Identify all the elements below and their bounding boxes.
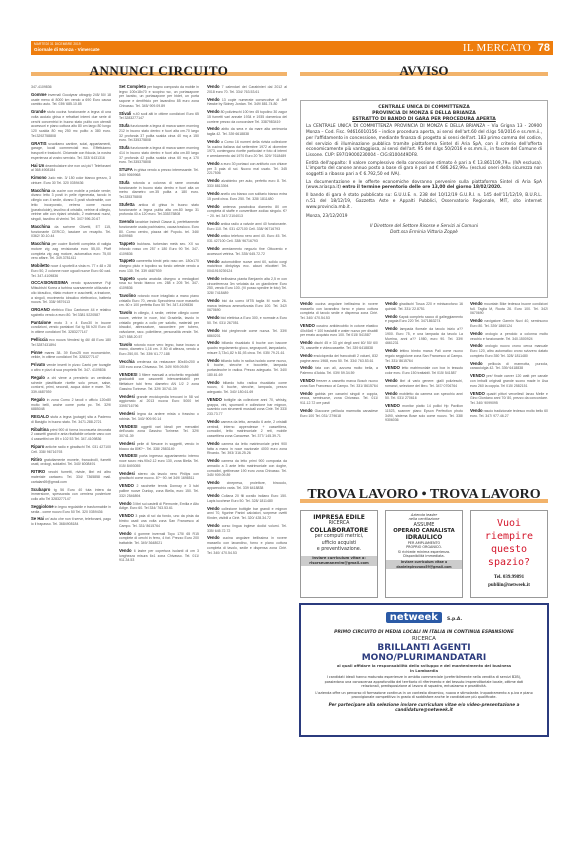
classified-ad: Vendo 7 calendari dei Carabinieri dal 20… bbox=[207, 85, 287, 94]
ad-keyword: Vendo bbox=[385, 348, 398, 353]
annunci-column-3: Vendo 7 calendari dei Carabinieri dal 20… bbox=[207, 85, 287, 558]
ad-keyword: VENDO bbox=[300, 378, 315, 383]
classified-ad: Stivali n.40 sodi alti in ottime condizi… bbox=[119, 112, 199, 121]
classified-ad: Vendo cucina angolare bellissima in rove… bbox=[300, 302, 378, 321]
classified-ad: 347-4109836 bbox=[31, 85, 111, 90]
classified-ad: Vendo collezione bottiglie bar grandi e … bbox=[207, 507, 287, 521]
ad-keyword: Ribaltina bbox=[31, 427, 49, 432]
classified-ad: Vendo gabbia per canarini singoli e copp… bbox=[300, 392, 378, 406]
ad-keyword: Gomme bbox=[31, 92, 47, 97]
ad-keyword: Vendesi bbox=[119, 411, 135, 416]
classified-ad: OCCASIONISSIMA vendo spazzaneve Fuji Mit… bbox=[31, 281, 111, 305]
ad-text: funzionante a legna di marca warm mornin… bbox=[119, 124, 199, 142]
ad-keyword: Vendo bbox=[119, 531, 132, 536]
ad-keyword: Riparo bbox=[31, 444, 44, 449]
ad-keyword: VENDESI bbox=[119, 372, 137, 377]
classified-ad: Vendesi legna da ardere mista o frassino… bbox=[119, 412, 199, 421]
newspaper-name: Giornale di Monza - Vimercate bbox=[34, 47, 100, 52]
ad-keyword: VENDO bbox=[119, 513, 134, 518]
classified-ad: Vendesi grande enciclopedia treccani in … bbox=[119, 395, 199, 409]
ad-keyword: VENDESI bbox=[119, 453, 137, 458]
ad-keyword: Vendo bbox=[207, 358, 220, 363]
ad-keyword: Privato bbox=[31, 362, 45, 367]
classified-ad: Vendo antenna parabolica diametro 80 cm … bbox=[207, 205, 287, 219]
ad-keyword: Pantalone bbox=[31, 320, 51, 325]
ad-edile-contact: Inviare curriculum vitae a:risorseumanev… bbox=[301, 556, 377, 566]
page-number: 78 bbox=[538, 42, 550, 54]
ad-text: gratuitamente monete, francobolli, fumet… bbox=[31, 458, 111, 467]
ad-keyword: Vendo bbox=[119, 501, 132, 506]
ad-keyword: Vendo bbox=[207, 458, 220, 463]
ad-email: publiin@netweek.it bbox=[471, 582, 547, 589]
classified-ad: GRATIS svuotiamo cantine, solai, apparta… bbox=[31, 142, 111, 161]
ad-keyword: Vendo bbox=[207, 84, 220, 89]
annunci-column-1: 347-4109836Gomme invernali Goodyear ultr… bbox=[31, 85, 111, 530]
public-notice-box: CENTRALE UNICA DI COMMITTENZA PROVINCIA … bbox=[300, 100, 548, 298]
ad-keyword: Vendo bbox=[207, 139, 220, 144]
ad-keyword: Regalo bbox=[31, 397, 45, 402]
ad-keyword: RITIRO bbox=[31, 469, 45, 474]
annunci-column-2: Set Completo per bagno composto da mobil… bbox=[119, 85, 199, 566]
classified-ad: VENDESI oggetti vari ideali per mercatin… bbox=[119, 425, 199, 439]
classified-ad: Vendo bici elettrica a Euro 300, e norma… bbox=[207, 316, 287, 325]
netweek-logo: netweek bbox=[386, 612, 442, 623]
classified-ad: Tavolino rotondo noce intagliato a mano … bbox=[119, 294, 199, 308]
classified-ad: Grande stufa cucina funzionante a legna … bbox=[31, 110, 111, 138]
classified-ad: Vendo mobiletto da camera con specchio a… bbox=[385, 392, 463, 401]
ad-keyword: Vecchia bbox=[119, 359, 135, 364]
classified-ad: Vendo Collana 20 fili corallo indiano Eu… bbox=[207, 494, 287, 503]
classified-ad: VENDESI porta ingresso appartamento inte… bbox=[119, 454, 199, 468]
classified-ad: Vendo Kayak completo sacco di galleggiam… bbox=[385, 315, 463, 324]
classified-ad: VENDO 3 paia di sci da fondo, uno da pis… bbox=[119, 514, 199, 528]
ad-text: stufa cucina funzionante a legna di una … bbox=[31, 110, 111, 138]
classified-ad: STUFA in ghisa vendo a prezzo interessan… bbox=[119, 168, 199, 177]
classified-ad: Macchina da scrivere Olivetti, ET 115, f… bbox=[31, 225, 111, 239]
page-header: MARTEDÌ 31 DICEMBRE 2019 Giornale di Mon… bbox=[31, 41, 553, 55]
classified-ad: Vendo orologio a pendolo a colonna molto… bbox=[470, 332, 548, 341]
classified-ad: Vendo bici pieghevole come nuova. Tel. 3… bbox=[207, 329, 287, 338]
classified-ad: Vendo Giaccone pelliccia marmotta canade… bbox=[300, 409, 378, 418]
notice-place-date: Monza, 23/12/2019 bbox=[306, 214, 542, 220]
ad-keyword: Vendo bbox=[207, 246, 220, 251]
classified-ad: Mobiletto noce 4 sportelli a vista m. 77… bbox=[31, 264, 111, 278]
classified-ad: RITIRO vecchi fumetti, riviste, libri ed… bbox=[31, 470, 111, 484]
classified-ad: ORGANO elettrico Elco Cantorum 44 e rela… bbox=[31, 308, 111, 317]
classified-ad: Stufa funzionante a legna di marca warm … bbox=[119, 146, 199, 165]
ad-keyword: VENDO bbox=[470, 373, 485, 378]
ad-keyword: Vendo bbox=[385, 326, 398, 331]
section-brand: IL MERCATO bbox=[463, 42, 531, 54]
ad-keyword: Vendo bbox=[207, 523, 220, 528]
classified-ad: Vendo lettino bimbo marca Pali come nuov… bbox=[385, 349, 463, 363]
classified-ad: Vendo biliardo tutto radica riscaldato c… bbox=[207, 381, 287, 395]
netweek-headline-2: MONO/PLURIMANDATARI bbox=[301, 653, 547, 663]
ad-text: in ciliegio, 4 sedie, vetrine ciliegio c… bbox=[119, 311, 199, 339]
classified-ad: Regalo in zona Como 2 tavoli x ufficio 1… bbox=[31, 398, 111, 412]
ad-keyword: Stufa bbox=[119, 180, 129, 185]
ad-keyword: Vendo bbox=[207, 276, 220, 281]
classified-ad: VENDO cuscino antidecubito in cotone ela… bbox=[300, 324, 378, 338]
classified-ad: Vendo rasoio tradizionale tedesco molto … bbox=[470, 409, 548, 418]
ad-keyword: Ritiro bbox=[31, 457, 42, 462]
classified-ad: Vendo camera da letto primi 900 composta… bbox=[207, 459, 287, 478]
ad-keyword: Vendesi bbox=[119, 471, 135, 476]
classified-ad: Vendo lampada floreale da tavolo inizio … bbox=[385, 327, 463, 346]
classified-ad: Vendo bici da uomo MTB taglia M ruote 26… bbox=[207, 299, 287, 313]
issue-date: MARTEDÌ 31 DICEMBRE 2019 bbox=[34, 42, 81, 46]
ad-keyword: Vendo bbox=[207, 259, 220, 264]
ad-impresa-edile: IMPRESA EDILE RICERCA COLLABORATORE per … bbox=[300, 510, 378, 598]
classified-ad: Regalo a chi viene a prenderlo un centin… bbox=[31, 376, 111, 395]
ad-keyword: Vendesi bbox=[119, 394, 135, 399]
ad-keyword: Vendo bbox=[207, 97, 220, 102]
classified-ad: Vendo 3 libri sui castelli di Piemonte, … bbox=[119, 502, 199, 511]
classified-ad: Macchina da cucire con mobile a pedale v… bbox=[31, 189, 111, 222]
ad-keyword: VENDO bbox=[385, 365, 400, 370]
ad-keyword: Vendo bbox=[207, 233, 220, 238]
ad-keyword: VENDO bbox=[385, 403, 400, 408]
ad-keyword: Vendo bbox=[470, 318, 483, 323]
ad-keyword: Vendo bbox=[207, 493, 220, 498]
ad-keyword: Vendo bbox=[207, 480, 220, 485]
classified-ad: Vecchia credenza da restaurare 80x40x200… bbox=[119, 360, 199, 369]
right-annunci-column-3: Vendo mountain Bike tedesca buone condiz… bbox=[470, 302, 548, 422]
classified-ad: Tavolo in ciliegio, 4 sedie, vetrine cil… bbox=[119, 311, 199, 339]
notice-heading-3: ESTRATTO DI BANDO DI GARA PER PROCEDURA … bbox=[306, 117, 542, 123]
ad-keyword: GRATIS bbox=[31, 141, 47, 146]
ad-operaio-canalista: Azienda leader nella ventilazione ASSUME… bbox=[385, 510, 463, 598]
classified-ad: Seggiolone in legno regolabile e trasfor… bbox=[31, 505, 111, 514]
ad-keyword: Macchina bbox=[31, 241, 50, 246]
ad-text: da cucire con mobile a pedale verde; div… bbox=[31, 189, 111, 221]
ad-keyword: Hai Un bbox=[31, 163, 44, 168]
classified-ad: Kimono Judo min. 3/ 150 color bianco gre… bbox=[31, 176, 111, 185]
notice-paragraph-1: La CENTRALE UNICA DI COMMITTENZA PROVINC… bbox=[306, 124, 542, 158]
classified-ad: Vendo 6 lastre per copertura isolanti di… bbox=[119, 549, 199, 563]
ad-keyword: Stufa bbox=[119, 145, 129, 150]
classified-ad: Stufetta antica di ghisa in buono stato … bbox=[119, 203, 199, 217]
trova-lavoro-title: TROVA LAVORO • TROVA LAVORO bbox=[300, 487, 548, 503]
ad-keyword: Vendo bbox=[300, 365, 313, 370]
classified-ad: Vendo corso lingua inglese dodici volumi… bbox=[207, 524, 287, 533]
ad-text: mares 38- 39 Euro25 non economiche, veli… bbox=[31, 351, 111, 360]
ad-keyword: Vendo bbox=[207, 380, 220, 385]
ad-keyword: Stufetta bbox=[119, 202, 135, 207]
ad-keyword: VENDO bbox=[470, 391, 485, 396]
ad-keyword: Vendo bbox=[119, 548, 132, 553]
ad-keyword: Vendo bbox=[207, 506, 220, 511]
ad-text: n.40 sodi alti in ottime condizioni Euro… bbox=[119, 112, 199, 121]
ad-keyword: Regalo bbox=[31, 375, 45, 380]
classified-ad: Pantalone moto 3 x 4 Euro30 in buone con… bbox=[31, 321, 111, 335]
ad-keyword: Stufa bbox=[119, 123, 129, 128]
ad-keyword: STUFA bbox=[119, 167, 133, 172]
classified-ad: Stufa rotonda a colonna di rame cromata … bbox=[119, 181, 199, 200]
right-annunci-column-2: Vendo giradischi Tosca 220 e minisaxofon… bbox=[385, 302, 463, 426]
ad-keyword: VENDO bbox=[207, 397, 222, 402]
right-annunci-column-1: Vendo cucina angolare bellissima in rove… bbox=[300, 302, 378, 422]
classified-ad: Vendo navigatore Garmin Nuvi 40, seminuo… bbox=[470, 319, 548, 328]
ad-text: 347-4109836 bbox=[31, 85, 52, 89]
classified-ad: Vendo libri di vario genere: gialli poli… bbox=[385, 379, 463, 388]
ad-keyword: Macchina bbox=[31, 188, 50, 193]
ad-keyword: Vendo bbox=[300, 391, 313, 396]
notice-paragraph-3: La documentazione e le offerte economich… bbox=[306, 180, 542, 191]
classified-ad: Vendo bellissima pianta Benjamin alta 2,… bbox=[207, 277, 287, 296]
ad-keyword: Vendo bbox=[300, 408, 313, 413]
ad-keyword: Vendo bbox=[470, 361, 483, 366]
ad-keyword: Vendo bbox=[207, 204, 220, 209]
classified-ad: Vendo anello oro bianco con solitario bi… bbox=[207, 192, 287, 201]
ad-keyword: Vendo bbox=[300, 340, 313, 345]
classified-ad: VENDO letto matrimoniale con box in tess… bbox=[385, 366, 463, 375]
classified-ad: Se Hai un' auto che non ti serve, telefo… bbox=[31, 517, 111, 526]
ad-keyword: Seggiolone bbox=[31, 504, 54, 509]
ad-keyword: ORGANO bbox=[31, 307, 50, 312]
ad-keyword: REGALO bbox=[31, 414, 49, 419]
netweek-recruitment-ad: netweek S.p.A. PRIMO CIRCUITO DI MEDIA L… bbox=[299, 603, 549, 737]
classified-ad: Stufa funzionante a legna di marca warm … bbox=[119, 124, 199, 143]
classified-ad: Vendo alzabimbo per auto, perfetto euro … bbox=[207, 179, 287, 188]
ad-text: rotonda a colonna di rame cromata funzio… bbox=[119, 181, 199, 199]
classified-ad: Ritiro gratuitamente monete, francobolli… bbox=[31, 458, 111, 467]
classified-ad: VENDO bottiglie da collezione anni 70, w… bbox=[207, 398, 287, 417]
classified-ad: Vendo pelliccia di marmotta, purzola, ca… bbox=[470, 362, 548, 371]
ad-keyword: Kimono bbox=[31, 175, 47, 180]
ad-phone: Tel. 039.99891 bbox=[471, 574, 547, 582]
classified-ad: Vendo cucina angolare bellissima in rove… bbox=[207, 536, 287, 555]
classified-ad: Vendo fata con ali, azzurra molto bella,… bbox=[300, 366, 378, 375]
classified-ad: VENDO 2 racchette tennis Donnay e 3 tubi… bbox=[119, 484, 199, 498]
classified-ad: Vendo enciclopedia dei francobolli 2 vol… bbox=[300, 354, 378, 363]
classified-ad: Vendo orologio nuovo crono cerca manuale… bbox=[470, 344, 548, 358]
ad-keyword: Tappeto bbox=[119, 258, 135, 263]
classified-ad: REGALO stufa a legna (putagè) sita a Pad… bbox=[31, 415, 111, 424]
notice-paragraph-2: Entità dell'appalto: Il valore complessi… bbox=[306, 161, 542, 178]
ad-keyword: Stivali bbox=[119, 111, 131, 116]
ad-keyword: Svendo bbox=[119, 219, 134, 224]
classified-ad: Vendesi stereo da tavolo nero Philips co… bbox=[119, 472, 199, 481]
ad-keyword: Tavolo bbox=[119, 342, 132, 347]
notice-signatory-name: Dott.ssa Erminia Vittoria Zoppè bbox=[306, 230, 542, 236]
classified-ad: Vendo 4 gomme invernali Toyo 175/ 65 R15… bbox=[119, 532, 199, 546]
classified-ad: Tavolo rotondo noce vero legno, base inc… bbox=[119, 343, 199, 357]
avviso-title: AVVISO bbox=[300, 63, 548, 79]
classified-ad: Riparo antiche radio e giradischi Tel. 0… bbox=[31, 445, 111, 454]
ad-keyword: Vendesi bbox=[119, 441, 135, 446]
classified-ad: Pelliccia eco nuova Vendesi tg 46/ 48 Eu… bbox=[31, 338, 111, 347]
ad-keyword: Vendo bbox=[207, 178, 220, 183]
ad-keyword: Grande bbox=[31, 109, 46, 114]
ad-keyword: Mobiletto bbox=[31, 263, 50, 268]
ad-keyword: Vendo bbox=[207, 221, 220, 226]
ad-keyword: Tappeto bbox=[119, 241, 135, 246]
ad-keyword: Vendo bbox=[207, 191, 220, 196]
classified-ad: Vendo biliardo tutto in radica isolato c… bbox=[207, 359, 287, 378]
ad-keyword: Vendo bbox=[385, 314, 398, 319]
ad-keyword: Vendo bbox=[207, 441, 220, 446]
classified-ad: Tappeto bukhara- turkestan metà sec. XX … bbox=[119, 242, 199, 256]
ad-keyword: Scubapro bbox=[31, 487, 50, 492]
ad-keyword: Vendo bbox=[207, 535, 220, 540]
ad-keyword: Vendo bbox=[207, 340, 220, 345]
ad-keyword: Vendo bbox=[207, 419, 220, 424]
classified-ad: VENDO quadri pittori vercellesi/ lanzo M… bbox=[470, 392, 548, 406]
classified-ad: Vendo camera da letto, armadio 6 ante, 2… bbox=[207, 420, 287, 439]
ad-keyword: Vendo bbox=[385, 391, 398, 396]
ad-keyword: Tavolo bbox=[119, 310, 132, 315]
annunci-title: ANNUNCI CIRCUITO bbox=[31, 63, 287, 79]
classified-ad: Vendo dischi 45 e 33 giri degli anni 60/… bbox=[300, 341, 378, 350]
ad-keyword: Tappeto bbox=[119, 276, 135, 281]
classified-ad: Vendo camera da letto matrimoniale primi… bbox=[207, 442, 287, 456]
classified-ad: Vendo mountain Bike tedesca buone condiz… bbox=[470, 302, 548, 316]
classified-ad: Tappeto sparta anatolia disegno a medagl… bbox=[119, 277, 199, 291]
ad-keyword: Vendo bbox=[470, 331, 483, 336]
ad-keyword: Vendo bbox=[385, 378, 398, 383]
classified-ad: Set Completo per bagno composto da mobil… bbox=[119, 85, 199, 109]
ad-keyword: Se Hai bbox=[31, 516, 44, 521]
classified-ad: Macchina per cucire Borletti completa di… bbox=[31, 242, 111, 261]
classified-ad: VENDO pre/ finale carver 120 watt per ca… bbox=[470, 374, 548, 388]
netweek-email: candidature@netweek.it bbox=[301, 707, 547, 713]
classified-ad: VENDESI 3 filiere manuali a cricchetto r… bbox=[119, 373, 199, 392]
ad-keyword: Vendo bbox=[470, 301, 483, 306]
ad-text: funzionante a legna di marca warm mornin… bbox=[119, 146, 199, 164]
classified-ad: Vendo automobiline nuove anni 60, solido… bbox=[207, 260, 287, 274]
ad-keyword: Vendo bbox=[207, 109, 220, 114]
ad-keyword: VENDESI bbox=[119, 424, 137, 429]
classified-ad: Vendo cinepresa, proiettore, binocolo, a… bbox=[207, 481, 287, 490]
ad-keyword: VENDO bbox=[300, 323, 315, 328]
ad-keyword: Vendo bbox=[207, 328, 220, 333]
classified-ad: Hai Un deambulatore che non usi più? Tel… bbox=[31, 164, 111, 173]
ad-canalista-contact: Inviare curriculum vitae adanielepirovan… bbox=[386, 560, 462, 569]
classified-ad: Pinne mares 38- 39 Euro25 non economiche… bbox=[31, 351, 111, 360]
classified-ad: Vendo giradischi Tosca 220 e minisaxofon… bbox=[385, 302, 463, 311]
classified-ad: Vendo a Como 16 numeri della rivista col… bbox=[207, 140, 287, 159]
notice-paragraph-4: Il bando di gara è stato pubblicato su: … bbox=[306, 193, 542, 210]
classified-ad: VENDO freezer a cassetto marca Bosch nuo… bbox=[300, 379, 378, 388]
classified-ad: VENDO monitor piatto 14 pollici Hp Pavil… bbox=[385, 404, 463, 423]
ad-vuoi-riempire-spazio: Vuoi riempire questo spazio? Tel. 039.99… bbox=[470, 510, 548, 598]
classified-ad: Vendo abito da sera e da mare alta cerim… bbox=[207, 127, 287, 136]
classified-ad: Vendo arredamento negozio fine Ottocento… bbox=[207, 247, 287, 256]
classified-ad: Vendo 80 polizieschi 100 tex 45 topolino… bbox=[207, 110, 287, 124]
ad-keyword: Tavolino bbox=[119, 293, 136, 298]
ad-keyword: VENDO bbox=[119, 483, 134, 488]
classified-ad: Vendo antica radio a valvole anni 40 fun… bbox=[207, 222, 287, 231]
ad-keyword: Vendo bbox=[207, 315, 220, 320]
classified-ad: Vendo a euro 30 portasci con antifurto c… bbox=[207, 162, 287, 176]
classified-ad: Vendo antico telefono nero anni 40. Euro… bbox=[207, 234, 287, 243]
ad-keyword: Vendo bbox=[207, 298, 220, 303]
ad-keyword: Vendo bbox=[300, 353, 313, 358]
ad-keyword: Vendo bbox=[470, 343, 483, 348]
classified-ad: Scubapro tg 56 Euro 40 tuta intera da im… bbox=[31, 488, 111, 502]
classified-ad: Vendo 13 copie numerate consecutive di J… bbox=[207, 98, 287, 107]
ad-keyword: Pinne bbox=[31, 350, 42, 355]
ad-keyword: Vendo bbox=[207, 161, 220, 166]
ad-keyword: Vendo bbox=[470, 408, 483, 413]
ad-keyword: Vendo bbox=[300, 301, 313, 306]
ad-keyword: Vendo bbox=[207, 126, 220, 131]
netweek-headline-1: BRILLANTI AGENTI bbox=[301, 643, 547, 653]
ad-keyword: Macchina bbox=[31, 224, 50, 229]
classified-ad: Ribaltina primi 900 di forma inconsueta … bbox=[31, 428, 111, 442]
classified-ad: Svendo lavatrice Indesit Classe A, perfe… bbox=[119, 220, 199, 239]
classified-ad: Vendo biliardo riscaldato 6 buche con ba… bbox=[207, 341, 287, 355]
ad-keyword: Vendo bbox=[385, 301, 398, 306]
ad-keyword: Set Completo bbox=[119, 84, 146, 89]
ad-keyword: OCCASIONISSIMA bbox=[31, 280, 68, 285]
classified-ad: Gomme invernali Goodyear ultragrip 245/ … bbox=[31, 93, 111, 107]
classified-ad: Vendesi pelle di Nevave in soggetti, ven… bbox=[119, 442, 199, 451]
classified-ad: Privato vende inserti in pizzo Cantù per… bbox=[31, 363, 111, 372]
classified-ad: Tappeto cameretta bimbi pelo raso cm. 18… bbox=[119, 259, 199, 273]
ad-keyword: Pelliccia bbox=[31, 337, 48, 342]
